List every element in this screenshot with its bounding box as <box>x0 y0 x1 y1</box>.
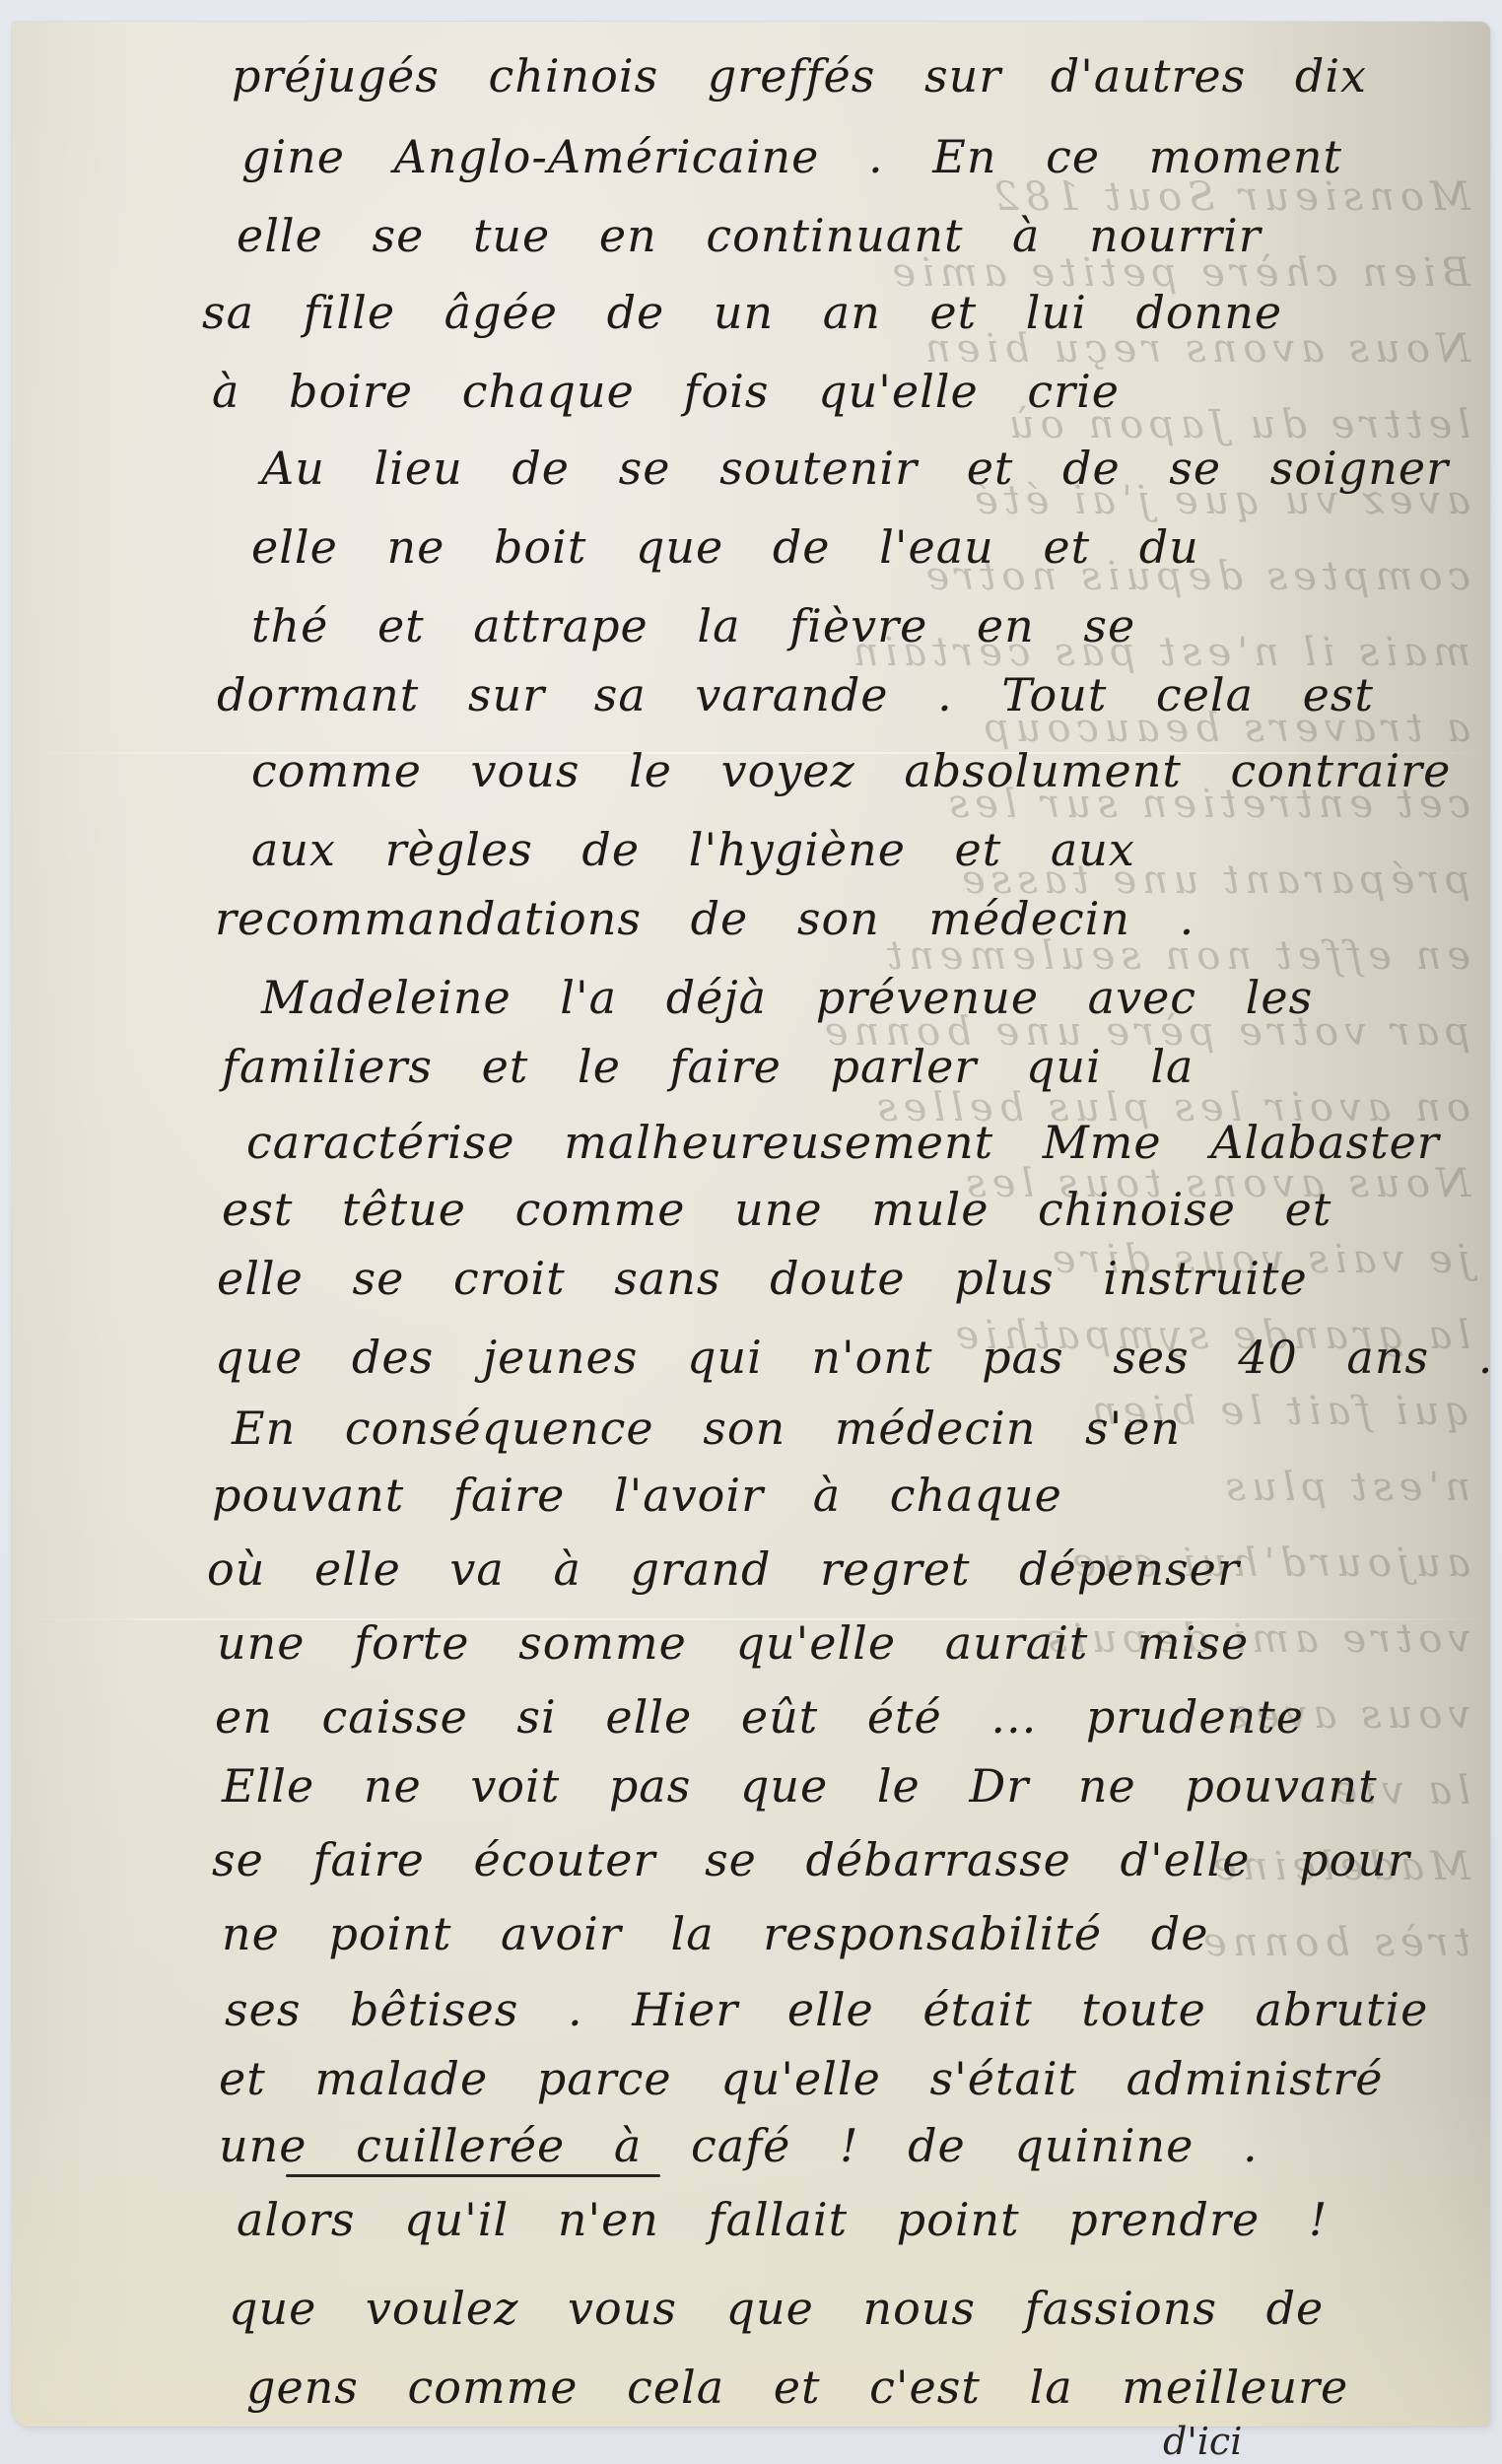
letter-line-underlined: une cuillerée à café ! de quinine . <box>219 2119 1259 2172</box>
letter-line: Elle ne voit pas que le Dr ne pouvant <box>222 1759 1378 1813</box>
letter-line: Madeleine l'a déjà prévenue avec les <box>261 971 1313 1024</box>
letter-line: aux règles de l'hygiène et aux <box>251 823 1135 876</box>
letter-line: ses bêtises . Hier elle était toute abru… <box>225 1983 1428 2036</box>
letter-line: préjugés chinois greffés sur d'autres di… <box>232 49 1367 103</box>
letter-line: elle ne boit que de l'eau et du <box>251 520 1199 574</box>
letter-line: ne point avoir la responsabilité de <box>222 1907 1208 1960</box>
letter-line: gens comme cela et c'est la meilleure <box>246 2361 1348 2414</box>
letter-line: alors qu'il n'en fallait point prendre ! <box>237 2193 1328 2246</box>
letter-line: une forte somme qu'elle aurait mise <box>217 1616 1249 1670</box>
letter-line: gine Anglo-Américaine . En ce moment <box>241 130 1342 183</box>
letter-line: que des jeunes qui n'ont pas ses 40 ans … <box>215 1331 1493 1384</box>
letter-line: pouvant faire l'avoir à chaque <box>212 1469 1062 1522</box>
letter-line: comme vous le voyez absolument contraire <box>251 744 1451 797</box>
letter-line: en caisse si elle eût été ... prudente <box>215 1690 1304 1744</box>
letter-line: que voulez vous que nous fassions de <box>229 2282 1324 2335</box>
letter-line: et malade parce qu'elle s'était administ… <box>219 2052 1384 2105</box>
insertion-note: d'ici <box>1163 2420 1242 2463</box>
letter-line: où elle va à grand regret dépenser <box>207 1542 1240 1596</box>
underline-stroke <box>286 2174 660 2177</box>
letter-line: dormant sur sa varande . Tout cela est <box>217 668 1374 721</box>
letter-line: En conséquence son médecin s'en <box>232 1402 1181 1455</box>
letter-line: elle se tue en continuant à nourrir <box>237 209 1262 262</box>
letter-line: Au lieu de se soutenir et de se soigner <box>261 442 1449 495</box>
letter-line: familiers et le faire parler qui la <box>222 1040 1194 1093</box>
letter-line: se faire écouter se débarrasse d'elle po… <box>212 1833 1410 1886</box>
letter-line: thé et attrape la fièvre en se <box>251 599 1135 652</box>
letter-line: à boire chaque fois qu'elle crie <box>212 365 1120 418</box>
letter-line: est têtue comme une mule chinoise et <box>222 1183 1331 1236</box>
letter-line: caractérise malheureusement Mme Alabaste… <box>246 1116 1440 1169</box>
letter-line: sa fille âgée de un an et lui donne <box>202 286 1282 339</box>
letter-line: elle se croit sans doute plus instruite <box>217 1252 1308 1305</box>
letter-line: recommandations de son médecin . <box>215 892 1195 945</box>
